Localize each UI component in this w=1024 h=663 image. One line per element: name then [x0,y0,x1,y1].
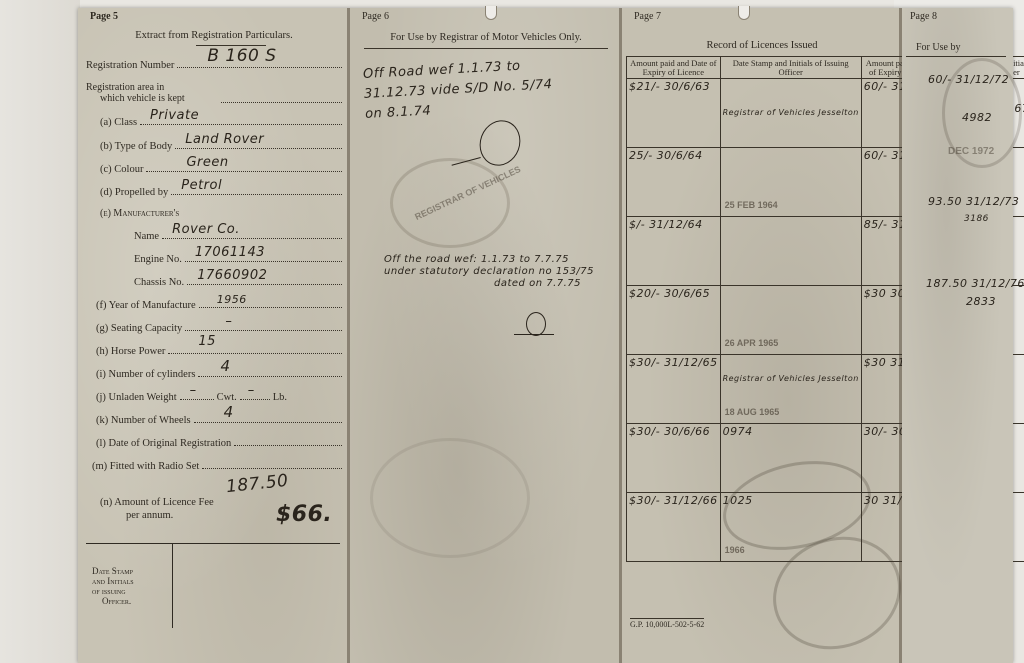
divider [364,48,608,49]
field-year-of-manufacture: (f) Year of Manufacture 1956 [96,298,342,311]
field-label: (j) Unladen Weight [96,392,177,403]
stamp-date: 25 FEB 1964 [725,200,778,210]
page-heading: Record of Licences Issued [622,40,902,51]
field-label: Registration Number [86,60,174,71]
field-value: 4 [220,357,230,375]
handwritten-note-off-road: Off Road wef 1.1.73 to 31.12.73 vide S/D… [363,55,555,125]
handwritten-note-statutory-declaration: Off the road wef: 1.1.73 to 7.7.75 under… [384,254,594,290]
field-label: (l) Date of Original Registration [96,438,231,449]
table-cell: $/- 31/12/64 [627,217,721,286]
licence-fee-value: $66. [276,502,332,527]
amount-expiry: 187.50 31/12/76 [926,278,966,289]
faint-stamp-circle [370,438,530,558]
field-number-of-wheels: (k) Number of Wheels 4 [96,413,342,426]
amount-expiry: $30/- 31/12/65 [629,357,718,369]
field-label: (b) Type of Body [100,141,172,152]
field-value: – [225,314,232,329]
field-label: (d) Propelled by [100,187,168,198]
table-cell: 26 APR 1965 [720,286,861,355]
field-value: B 160 S [207,46,276,66]
table-cell: 25 FEB 1964 [720,148,861,217]
table-cell: 25/- 30/6/64 [627,148,721,217]
receipt-number: 2833 [966,296,996,307]
amount-expiry: 25/- 30/6/64 [629,150,718,162]
note-line: dated on 7.7.75 [384,278,594,290]
field-label: (f) Year of Manufacture [96,300,196,311]
field-value: Green [186,155,228,170]
field-label: Engine No. [134,254,182,265]
stamp-date: 18 AUG 1965 [725,407,780,417]
table-cell: $30/- 31/12/65 [627,355,721,424]
stamp-date: 1966 [725,545,745,555]
field-label: (h) Horse Power [96,346,165,357]
field-class: (a) Class Private [100,115,342,128]
field-value: 1956 [217,293,247,306]
stamp-date: 26 APR 1965 [725,338,779,348]
label-line: of issuing [92,586,134,596]
column-header: Amount paid and Date of Expiry of Licenc… [627,57,721,79]
label-line: per annum. [100,509,214,522]
receipt-number: 3186 [964,214,989,225]
label-line: Date Stamp [92,566,134,576]
field-horse-power: (h) Horse Power 15 [96,344,342,357]
column-header: Date Stamp and Initials of Issuing Offic… [720,57,861,79]
page-heading: For Use by Registrar of Motor Vehicles O… [350,32,622,43]
licence-fee-value-updated: 187.50 [225,471,289,497]
field-licence-fee-label: (n) Amount of Licence Fee per annum. [100,496,214,522]
table-cell: $30/- 30/6/66 [627,424,721,493]
field-label: (i) Number of cylinders [96,369,195,380]
field-value: Rover Co. [172,222,240,237]
field-value: Petrol [181,178,222,193]
field-value: Private [150,108,199,123]
signature-mark [473,115,526,172]
divider [906,56,1006,57]
page-heading: For Use by [916,42,960,53]
label-line: (n) Amount of Licence Fee [100,496,214,509]
field-value: Land Rover [185,132,264,147]
table-cell: Registrar of Vehicles Jesselton18 AUG 19… [720,355,861,424]
field-number-of-cylinders: (i) Number of cylinders 4 [96,367,342,380]
table-cell: Registrar of Vehicles Jesselton [720,79,861,148]
vehicle-registration-book: Page 5 Extract from Registration Particu… [78,8,1013,663]
page-7-record-of-licences: Page 7 Record of Licences Issued Amount … [622,8,902,663]
label-line: Officer. [92,596,134,606]
field-unladen-weight: (j) Unladen Weight – Cwt. – Lb. [96,390,342,403]
amount-expiry: $21/- 30/6/63 [629,81,718,93]
divider [172,543,173,628]
manufacturer-heading: (e) Manufacturer's [100,208,179,219]
table-cell: $30/- 31/12/66 [627,493,721,562]
field-label: Name [134,231,159,242]
field-value: 17660902 [197,268,267,283]
amount-expiry: 93.50 31/12/73 [928,196,968,207]
note-line: under statutory declaration no 153/75 [384,266,594,278]
signature-mark [514,334,554,335]
officer-stamp: Registrar of Vehicles Jesselton [723,107,859,119]
background-surface [0,0,80,663]
field-type-of-body: (b) Type of Body Land Rover [100,139,342,152]
date-stamp-label: Date Stamp and Initials of issuing Offic… [92,566,134,606]
field-date-of-original-registration: (l) Date of Original Registration [96,436,342,449]
field-seating-capacity: (g) Seating Capacity – [96,321,342,334]
binding-hole [485,6,497,20]
amount-expiry: $20/- 30/6/65 [629,288,718,300]
field-value: – [190,383,197,398]
unit-label: Cwt. [217,392,237,403]
label-line: and Initials [92,576,134,586]
field-fitted-with-radio: (m) Fitted with Radio Set [92,459,342,472]
field-registration-area [218,93,342,106]
field-value: – [248,383,255,398]
page-5-registration-particulars: Page 5 Extract from Registration Particu… [78,8,350,663]
amount-expiry: $30/- 30/6/66 [629,426,718,438]
officer-stamp: 0974 [723,426,859,438]
binding-hole [738,6,750,20]
officer-stamp: Registrar of Vehicles Jesselton [723,373,859,385]
field-colour: (c) Colour Green [100,162,342,175]
page-number: Page 5 [90,11,118,22]
amount-expiry: $30/- 31/12/66 [629,495,718,507]
page-number: Page 6 [362,11,389,22]
label-line: which vehicle is kept [86,93,185,104]
amount-expiry: $/- 31/12/64 [629,219,718,231]
field-manufacturer-name: Name Rover Co. [134,229,342,242]
field-propelled-by: (d) Propelled by Petrol [100,185,342,198]
page-number: Page 8 [910,11,937,22]
field-label: (g) Seating Capacity [96,323,182,334]
table-cell: $21/- 30/6/63 [627,79,721,148]
amount-expiry: 60/- 31/12/72 [928,74,968,85]
signature-mark [526,312,546,336]
receipt-number: 4982 [962,112,992,123]
page-6-registrar-use: Page 6 For Use by Registrar of Motor Veh… [350,8,622,663]
field-registration-number: Registration Number B 160 S [86,58,342,71]
field-label: (k) Number of Wheels [96,415,191,426]
table-cell [720,217,861,286]
label-line: Registration area in [86,82,185,93]
divider [86,543,340,544]
table-cell: $20/- 30/6/65 [627,286,721,355]
page-title: Extract from Registration Particulars. [78,30,350,41]
note-line: Off the road wef: 1.1.73 to 7.7.75 [384,254,594,266]
field-value: 15 [198,334,216,349]
field-label: (m) Fitted with Radio Set [92,461,199,472]
field-value: 17061143 [195,245,265,260]
field-label: Chassis No. [134,277,184,288]
form-code: G.P. 10,000L-502-5-62 [630,618,704,629]
field-value: 4 [224,403,234,421]
stamp-date: DEC 1972 [948,146,994,157]
page-number: Page 7 [634,11,661,22]
field-engine-number: Engine No. 17061143 [134,252,342,265]
field-label-registration-area: Registration area in which vehicle is ke… [86,82,185,104]
field-label: (a) Class [100,117,137,128]
field-label: (c) Colour [100,164,143,175]
page-8-registrar-use: Page 8 For Use by 60/- 31/12/72 4982 DEC… [902,8,1013,663]
unit-label: Lb. [273,392,287,403]
field-chassis-number: Chassis No. 17660902 [134,275,342,288]
